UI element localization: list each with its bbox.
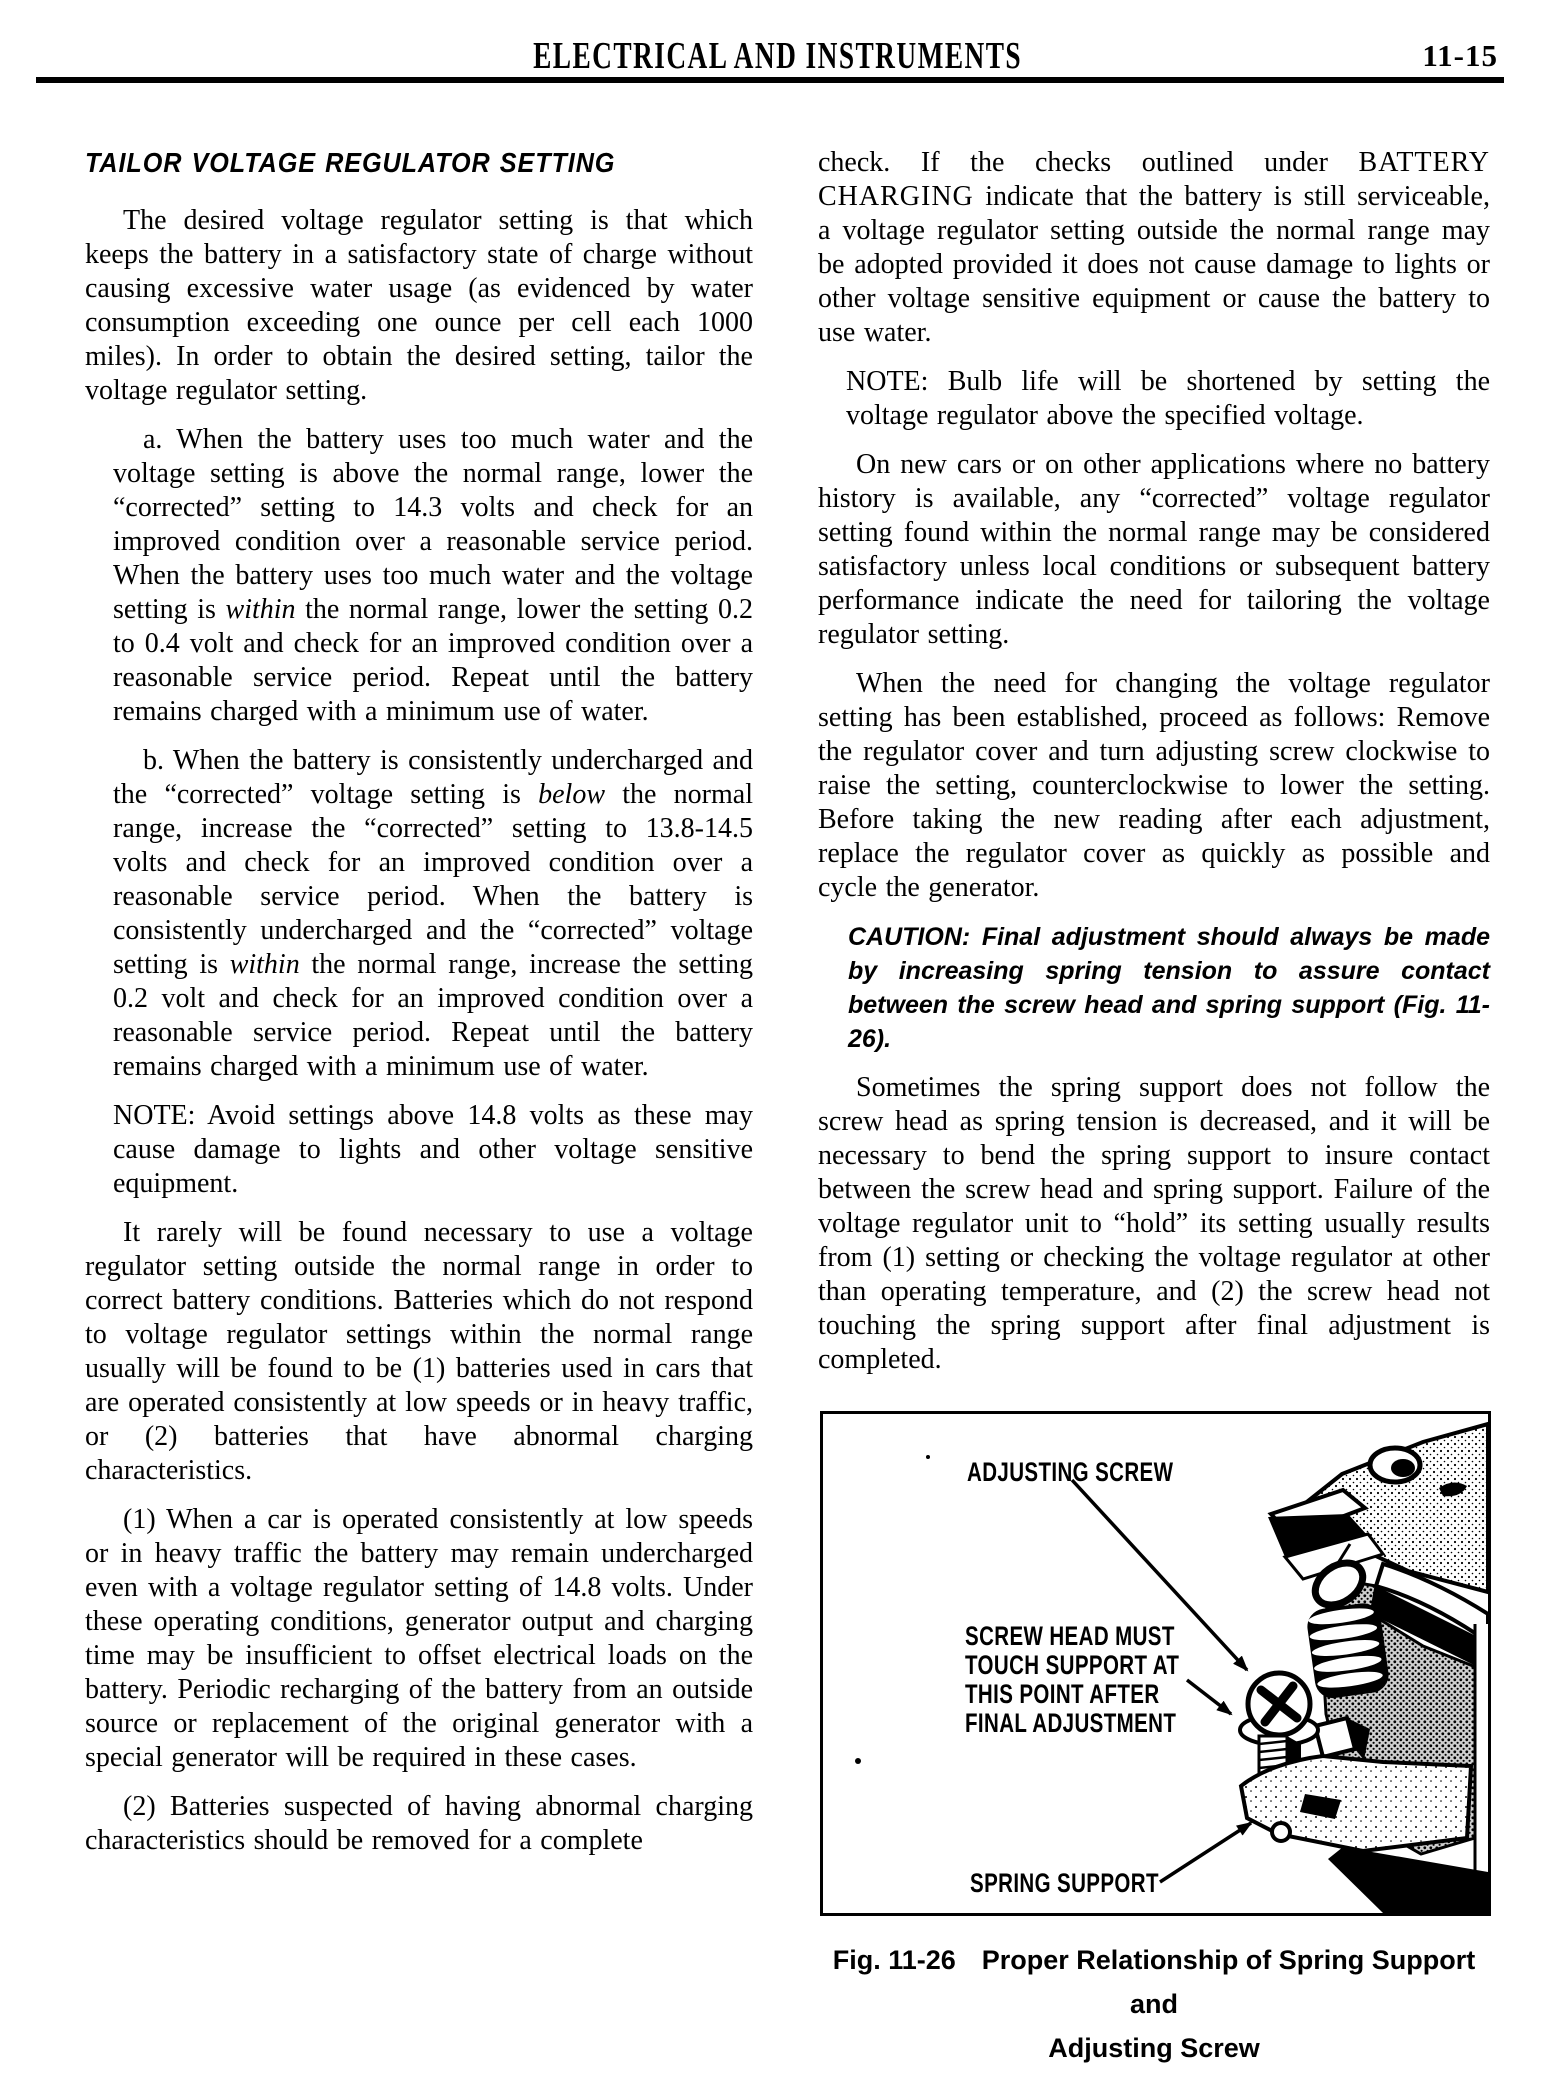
label-screw-head: SCREW HEAD MUSTTOUCH SUPPORT ATTHIS POIN…: [965, 1622, 1179, 1738]
paragraph: It rarely will be found necessary to use…: [85, 1216, 753, 1488]
label-line: THIS POINT AFTER: [965, 1680, 1179, 1709]
paragraph: When the need for changing the voltage r…: [818, 667, 1490, 905]
page-title: ELECTRICAL AND INSTRUMENTS: [0, 34, 1556, 78]
page-number: 11-15: [1422, 38, 1498, 74]
manual-page: ELECTRICAL AND INSTRUMENTS 11-15 TAILOR …: [0, 0, 1556, 2081]
ink-speck: [855, 1758, 861, 1764]
paragraph: CAUTION: Final adjustment should always …: [848, 920, 1490, 1056]
spring-support: [1241, 1756, 1488, 1913]
figure-caption-line1: Fig. 11-26Proper Relationship of Spring …: [818, 1938, 1490, 2026]
header-rule: [36, 77, 1504, 83]
section-heading: TAILOR VOLTAGE REGULATOR SETTING: [85, 146, 753, 180]
paragraph: (1) When a car is operated consistently …: [85, 1503, 753, 1775]
paragraph: NOTE: Bulb life will be shortened by set…: [846, 365, 1490, 433]
right-column-text: check. If the checks outlined under BATT…: [818, 146, 1490, 1377]
figure-caption: Fig. 11-26Proper Relationship of Spring …: [818, 1938, 1490, 2070]
spring-support-arrow: [1160, 1823, 1251, 1882]
paragraph: (2) Batteries suspected of having abnorm…: [85, 1790, 753, 1858]
paragraph: b. When the battery is consistently unde…: [113, 744, 753, 1084]
screw-head-arrow: [1187, 1680, 1231, 1714]
label-line: TOUCH SUPPORT AT: [965, 1651, 1179, 1680]
label-adjusting-screw: ADJUSTING SCREW: [967, 1458, 1173, 1487]
ink-speck: [926, 1455, 930, 1459]
paragraph: check. If the checks outlined under BATT…: [818, 146, 1490, 350]
figure-caption-line2: Adjusting Screw: [818, 2026, 1490, 2070]
paragraph: NOTE: Avoid settings above 14.8 volts as…: [113, 1099, 753, 1201]
label-line: SCREW HEAD MUST: [965, 1622, 1179, 1651]
paragraph: Sometimes the spring support does not fo…: [818, 1071, 1490, 1377]
page-title-text: ELECTRICAL AND INSTRUMENTS: [534, 34, 1023, 78]
left-column: TAILOR VOLTAGE REGULATOR SETTING The des…: [85, 146, 753, 1873]
right-column: check. If the checks outlined under BATT…: [818, 146, 1490, 1392]
label-spring-support: SPRING SUPPORT: [970, 1869, 1159, 1898]
label-line: FINAL ADJUSTMENT: [965, 1709, 1179, 1738]
paragraph: a. When the battery uses too much water …: [113, 423, 753, 729]
figure-number: Fig. 11-26: [833, 1945, 956, 1975]
paragraph: The desired voltage regulator setting is…: [85, 204, 753, 408]
paragraph: On new cars or on other applications whe…: [818, 448, 1490, 652]
left-column-text: The desired voltage regulator setting is…: [85, 204, 753, 1858]
figure-11-26: ADJUSTING SCREW SCREW HEAD MUSTTOUCH SUP…: [820, 1411, 1491, 1916]
